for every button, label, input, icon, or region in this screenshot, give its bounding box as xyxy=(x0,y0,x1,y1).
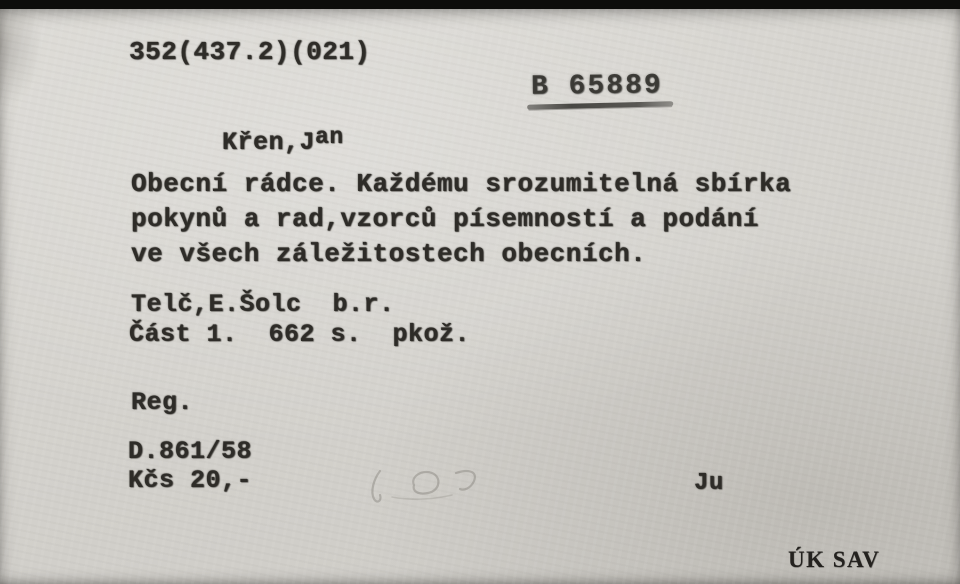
pencil-scribble-icon xyxy=(352,457,522,515)
scan-shadow-smudge xyxy=(0,9,70,129)
imprint-line: Telč,E.Šolc b.r. xyxy=(131,290,395,319)
author-name: Křen,J xyxy=(222,128,315,157)
catalog-card-paper: 352(437.2)(021) B 65889 Křen,Jan Obecní … xyxy=(0,9,960,584)
author-name-raised-suffix: an xyxy=(315,124,344,150)
call-number: D.861/58 xyxy=(128,437,252,466)
scanned-catalog-card: 352(437.2)(021) B 65889 Křen,Jan Obecní … xyxy=(0,0,960,584)
title-line-3: ve všech záležitostech obecních. xyxy=(131,239,646,269)
collation-line: Část 1. 662 s. pkož. xyxy=(129,320,470,349)
cataloguer-initials: Ju xyxy=(694,470,724,497)
title-line-1: Obecní rádce. Každému srozumitelná sbírk… xyxy=(131,169,791,199)
price-line: Kčs 20,- xyxy=(128,466,252,495)
library-name-stamp: ÚK SAV xyxy=(788,547,880,573)
classification-number: 352(437.2)(021) xyxy=(129,37,371,67)
accession-number-stamp: B 65889 xyxy=(531,70,663,104)
accession-number-text: B 65889 xyxy=(531,70,663,102)
title-line-2: pokynů a rad,vzorců písemností a podání xyxy=(131,204,759,234)
registry-note: Reg. xyxy=(131,388,193,417)
